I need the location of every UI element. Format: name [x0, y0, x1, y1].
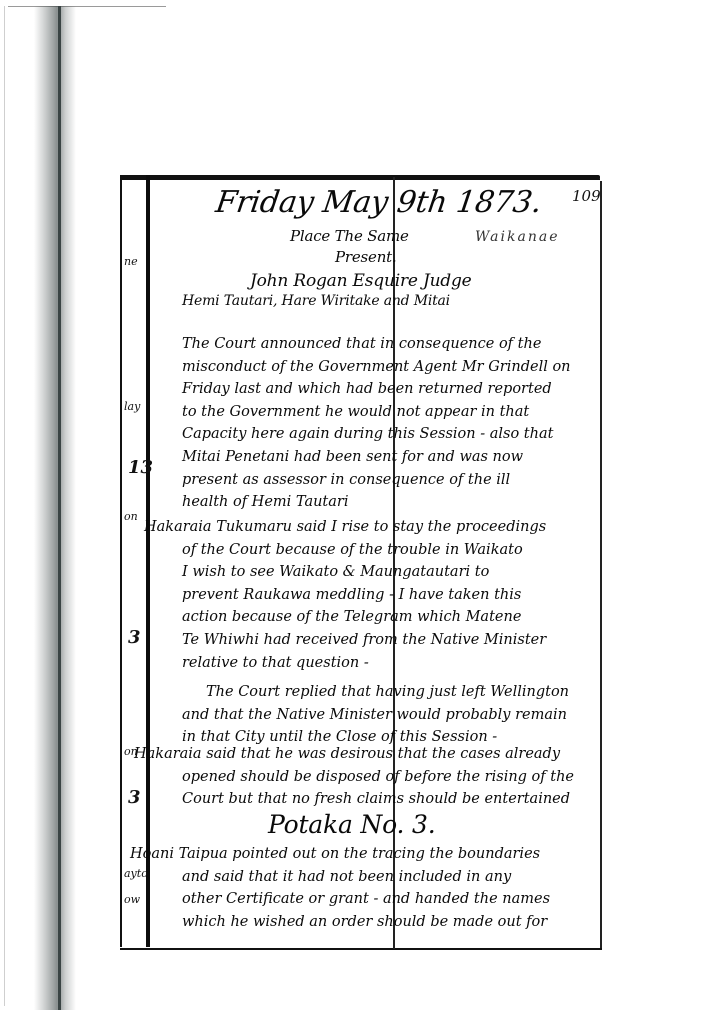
text-line: Friday last and which had been returned …: [182, 378, 592, 401]
place-line: Place The Same: [290, 227, 409, 245]
frame-top-rule-right: [450, 179, 600, 180]
paragraph-hoani-taipua: Hoani Taipua pointed out on the tracing …: [182, 843, 592, 933]
ledger-page: 109 Friday May 9th 1873. Place The Same …: [120, 175, 602, 950]
text-line: which he wished an order should be made …: [182, 911, 592, 934]
margin-note: ne: [124, 255, 138, 268]
judge-line: John Rogan Esquire Judge: [250, 271, 472, 291]
paragraph-hakaraia-statement: Hakaraia Tukumaru said I rise to stay th…: [182, 516, 592, 674]
paragraph-court-announcement: The Court announced that in consequence …: [182, 333, 592, 514]
case-heading: Potaka No. 3.: [268, 810, 435, 839]
paragraph-hakaraia-reply: Hakaraia said that he was desirous that …: [182, 743, 592, 811]
frame-left-rule: [120, 175, 122, 947]
margin-number: 3: [128, 787, 141, 808]
margin-note: lay: [124, 400, 140, 413]
frame-right-rule: [600, 181, 602, 949]
text-line: Te Whiwhi had received from the Native M…: [182, 629, 592, 652]
margin-number: 3: [128, 627, 141, 648]
text-line: and said that it had not been included i…: [182, 866, 592, 889]
margin-note: ayto: [124, 867, 148, 880]
text-line: relative to that question -: [182, 652, 592, 675]
place-annotation: Waikanae: [475, 229, 559, 245]
text-line: present as assessor in consequence of th…: [182, 469, 592, 492]
binding-line: [58, 6, 61, 1010]
text-line: opened should be disposed of before the …: [182, 766, 592, 789]
text-line: The Court announced that in consequence …: [182, 333, 592, 356]
present-label: Present.: [335, 248, 397, 266]
text-line: prevent Raukawa meddling - I have taken …: [182, 584, 592, 607]
text-line: to the Government he would not appear in…: [182, 401, 592, 424]
text-line: health of Hemi Tautari: [182, 491, 592, 514]
margin-note: ow: [124, 893, 140, 906]
margin-note: on: [124, 510, 138, 523]
text-line: misconduct of the Government Agent Mr Gr…: [182, 356, 592, 379]
text-line: Mitai Penetani had been sent for and was…: [182, 446, 592, 469]
scan-left-edge: [4, 6, 5, 1006]
margin-note: on: [124, 745, 138, 758]
assessors-line: Hemi Tautari, Hare Wiritake and Mitai: [182, 293, 450, 309]
paragraph-court-reply: The Court replied that having just left …: [182, 681, 592, 749]
text-line: and that the Native Minister would proba…: [182, 704, 592, 727]
binding-shadow: [34, 6, 76, 1010]
page-number: 109: [572, 187, 601, 205]
frame-bottom-rule: [120, 948, 602, 950]
text-line: Hakaraia said that he was desirous that …: [134, 743, 592, 766]
text-line: I wish to see Waikato & Maungatautari to: [182, 561, 592, 584]
text-line: Court but that no fresh claims should be…: [182, 788, 592, 811]
margin-rule: [146, 175, 150, 947]
margin-number: 13: [128, 457, 153, 478]
text-line: Capacity here again during this Session …: [182, 423, 592, 446]
text-line: other Certificate or grant - and handed …: [182, 888, 592, 911]
entry-date-title: Friday May 9th 1873.: [214, 185, 544, 220]
text-line: of the Court because of the trouble in W…: [182, 539, 592, 562]
text-line: action because of the Telegram which Mat…: [182, 606, 592, 629]
text-line: The Court replied that having just left …: [182, 681, 592, 704]
text-line: Hoani Taipua pointed out on the tracing …: [130, 843, 592, 866]
text-line: Hakaraia Tukumaru said I rise to stay th…: [144, 516, 592, 539]
scan-top-edge: [8, 6, 166, 7]
